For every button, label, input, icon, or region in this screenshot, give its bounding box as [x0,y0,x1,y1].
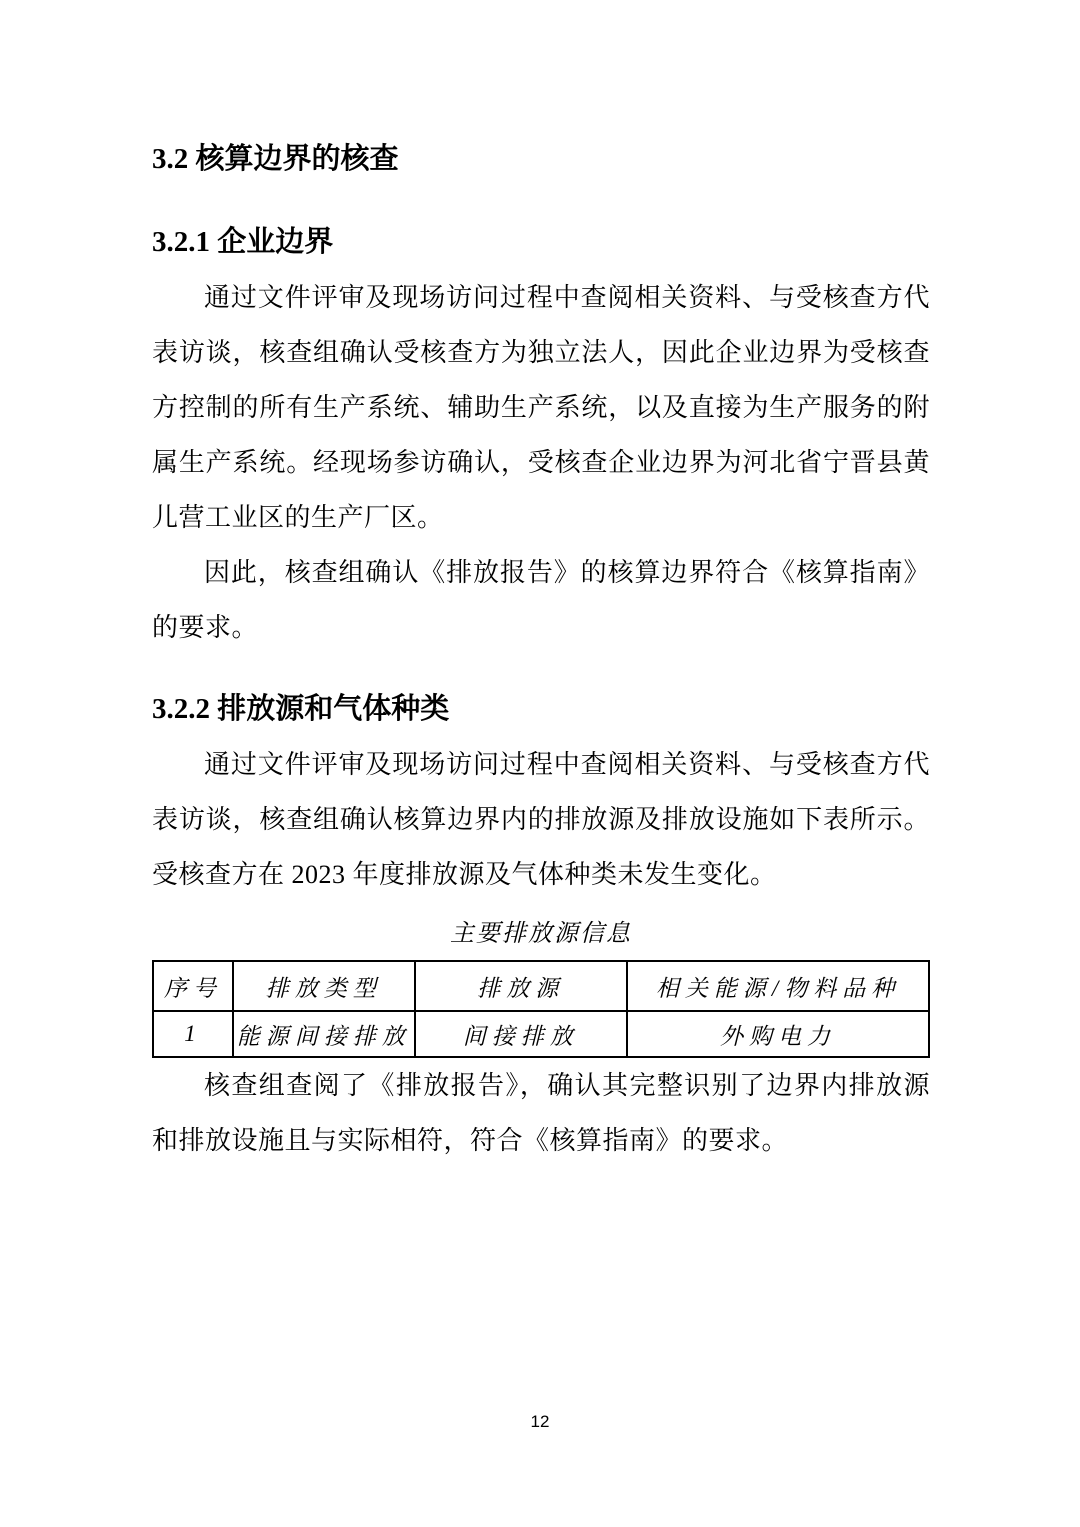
subsection-heading-emission-sources: 3.2.2 排放源和气体种类 [152,691,930,727]
section-heading: 3.2 核算边界的核查 [152,141,930,177]
subsection-heading-enterprise-boundary: 3.2.1 企业边界 [152,224,930,260]
table-caption: 主要排放源信息 [152,916,930,952]
header-cell-index: 序号 [153,961,233,1011]
page-number: 12 [0,1412,1080,1432]
header-cell-emission-source: 排放源 [415,961,628,1011]
cell-energy-material: 外购电力 [627,1011,929,1057]
page-content: 3.2 核算边界的核查 3.2.1 企业边界 通过文件评审及现场访问过程中查阅相… [0,0,1080,1168]
paragraph-boundary-conclusion: 因此，核查组确认《排放报告》的核算边界符合《核算指南》的要求。 [152,545,930,655]
paragraph-boundary-confirmation: 通过文件评审及现场访问过程中查阅相关资料、与受核查方代表访谈，核查组确认受核查方… [152,270,930,545]
paragraph-emission-sources-intro: 通过文件评审及现场访问过程中查阅相关资料、与受核查方代表访谈，核查组确认核算边界… [152,737,930,902]
table-row: 1 能源间接排放 间接排放 外购电力 [153,1011,929,1057]
table-header-row: 序号 排放类型 排放源 相关能源/物料品种 [153,961,929,1011]
header-cell-emission-type: 排放类型 [233,961,415,1011]
cell-index: 1 [153,1011,233,1057]
header-cell-energy-material: 相关能源/物料品种 [627,961,929,1011]
emission-source-table: 序号 排放类型 排放源 相关能源/物料品种 1 能源间接排放 间接排放 外购电力 [152,960,930,1058]
cell-emission-source: 间接排放 [415,1011,628,1057]
document-page: 3.2 核算边界的核查 3.2.1 企业边界 通过文件评审及现场访问过程中查阅相… [0,0,1080,1527]
paragraph-emission-sources-conclusion: 核查组查阅了《排放报告》，确认其完整识别了边界内排放源和排放设施且与实际相符，符… [152,1058,930,1168]
cell-emission-type: 能源间接排放 [233,1011,415,1057]
